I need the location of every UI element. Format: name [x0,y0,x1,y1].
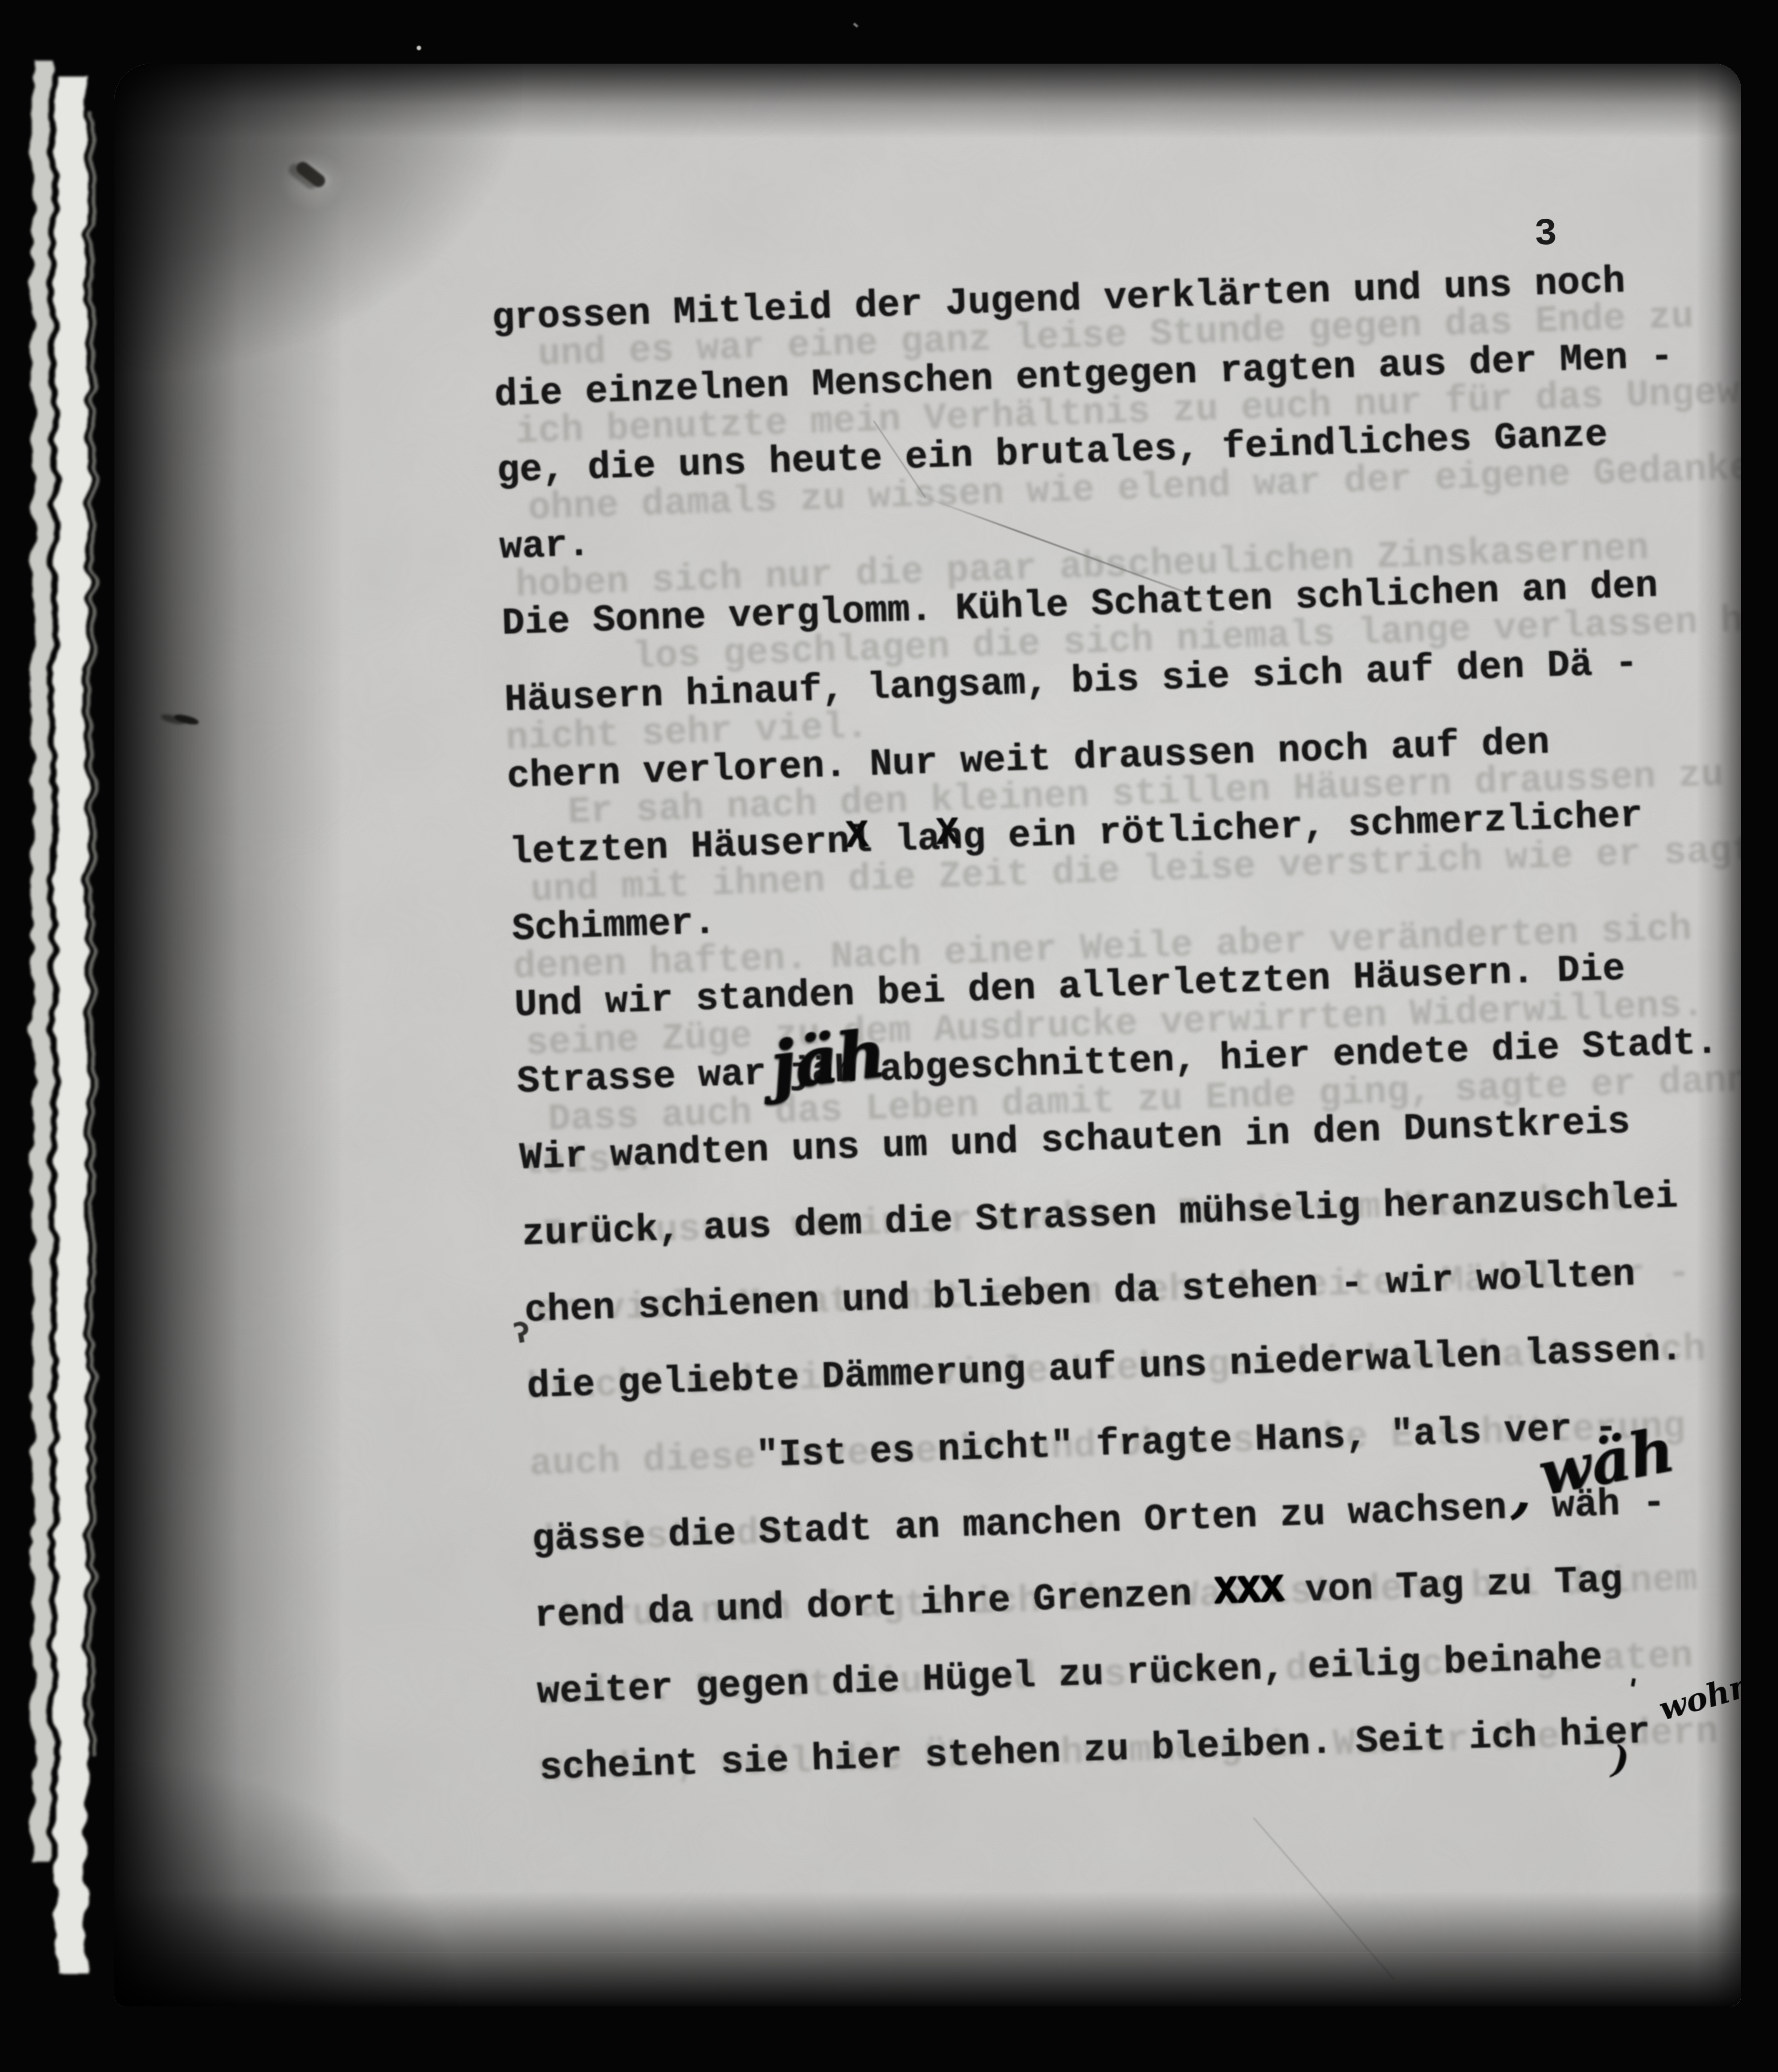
film-strip-2 [57,75,87,1972]
dust-speck [417,46,421,50]
film-strip-streak [90,114,94,1755]
paper-page: 3 und es war eine ganz leise Stunde gege… [114,64,1741,2006]
film-strip-1 [33,59,51,1863]
bottom-left-shadow [114,1758,462,2006]
corner-shadow [114,64,522,372]
microfilm-scan: 3 und es war eine ganz leise Stunde gege… [0,0,1778,2072]
dust-speck-top [853,22,859,27]
right-edge-shadow [1696,64,1741,2006]
